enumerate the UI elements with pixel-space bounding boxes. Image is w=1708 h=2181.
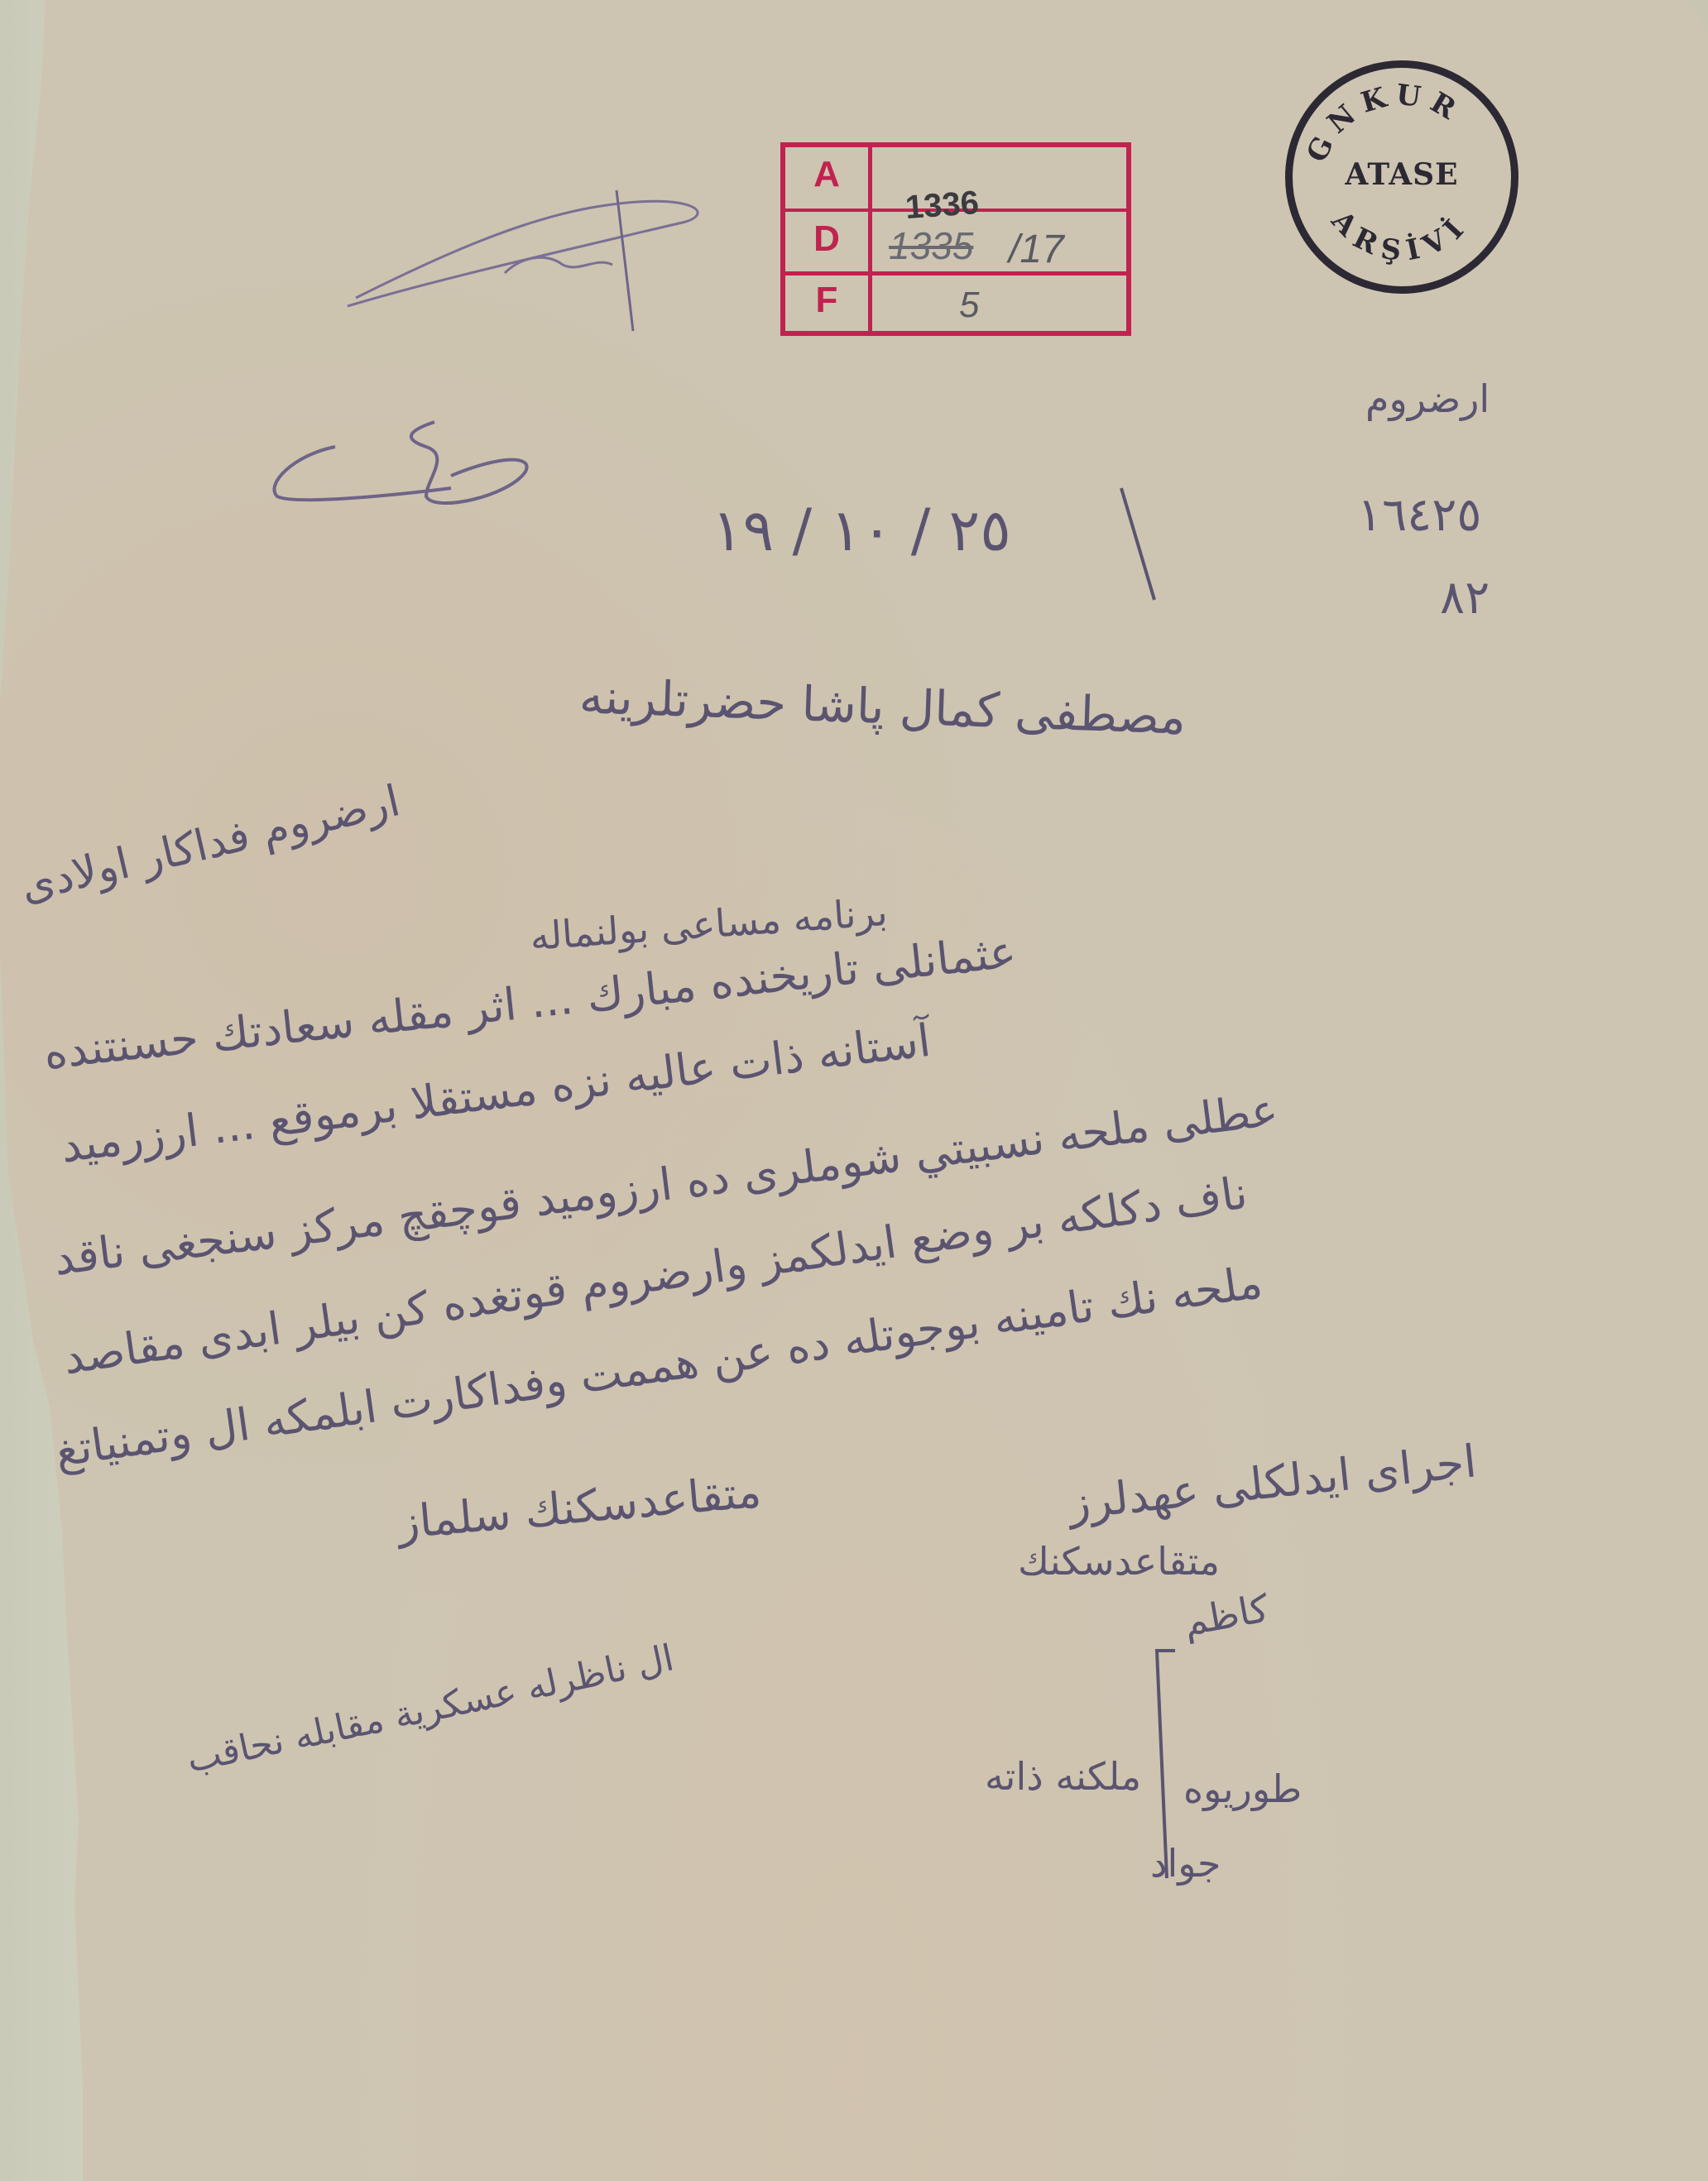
- document-scan: A D F 1336 1335 /17 5 GNKUR ARŞİVİ ATASE…: [0, 0, 1708, 2181]
- seal-top-text: GNKUR: [1300, 79, 1468, 168]
- signatory-left-text: ملكنه ذاته: [985, 1754, 1141, 1799]
- stamp-label-d: D: [785, 218, 868, 260]
- stamp-struck-value: 1335: [889, 223, 973, 268]
- reference-sub-number: ٨٢: [1440, 571, 1490, 625]
- svg-text:GNKUR: GNKUR: [1300, 79, 1468, 168]
- adf-stamp-box: A D F 1336 1335 /17 5: [780, 142, 1131, 336]
- signatory-name: جواد: [1150, 1841, 1221, 1886]
- signature-flourish-initials: [261, 414, 559, 521]
- date-separator-stroke: [1113, 484, 1163, 608]
- stamp-folder-value: /17: [1009, 227, 1064, 272]
- stamp-divider: [785, 271, 1126, 276]
- signatory-right-text: طوريوه: [1183, 1766, 1302, 1811]
- stamp-label-f: F: [785, 280, 868, 321]
- archive-seal: GNKUR ARŞİVİ ATASE: [1285, 60, 1518, 294]
- seal-center-text: ATASE: [1293, 157, 1511, 192]
- document-date: ٢٥ / ١٠ / ١٩: [712, 496, 1011, 564]
- svg-text:ARŞİVİ: ARŞİVİ: [1324, 204, 1475, 268]
- stamp-year-value: 1336: [904, 185, 981, 227]
- seal-bottom-text: ARŞİVİ: [1324, 204, 1475, 268]
- stamp-divider: [868, 147, 872, 331]
- closing-mid: متقاعدسكنك: [1018, 1539, 1220, 1584]
- stamp-file-value: 5: [959, 285, 979, 326]
- reference-number: ١٦٤٢٥: [1357, 488, 1481, 542]
- stamp-folder-number: 17: [1020, 228, 1063, 271]
- signature-flourish-top: [331, 174, 712, 339]
- stamp-label-a: A: [785, 154, 868, 195]
- reference-label: ارضروم: [1365, 376, 1490, 421]
